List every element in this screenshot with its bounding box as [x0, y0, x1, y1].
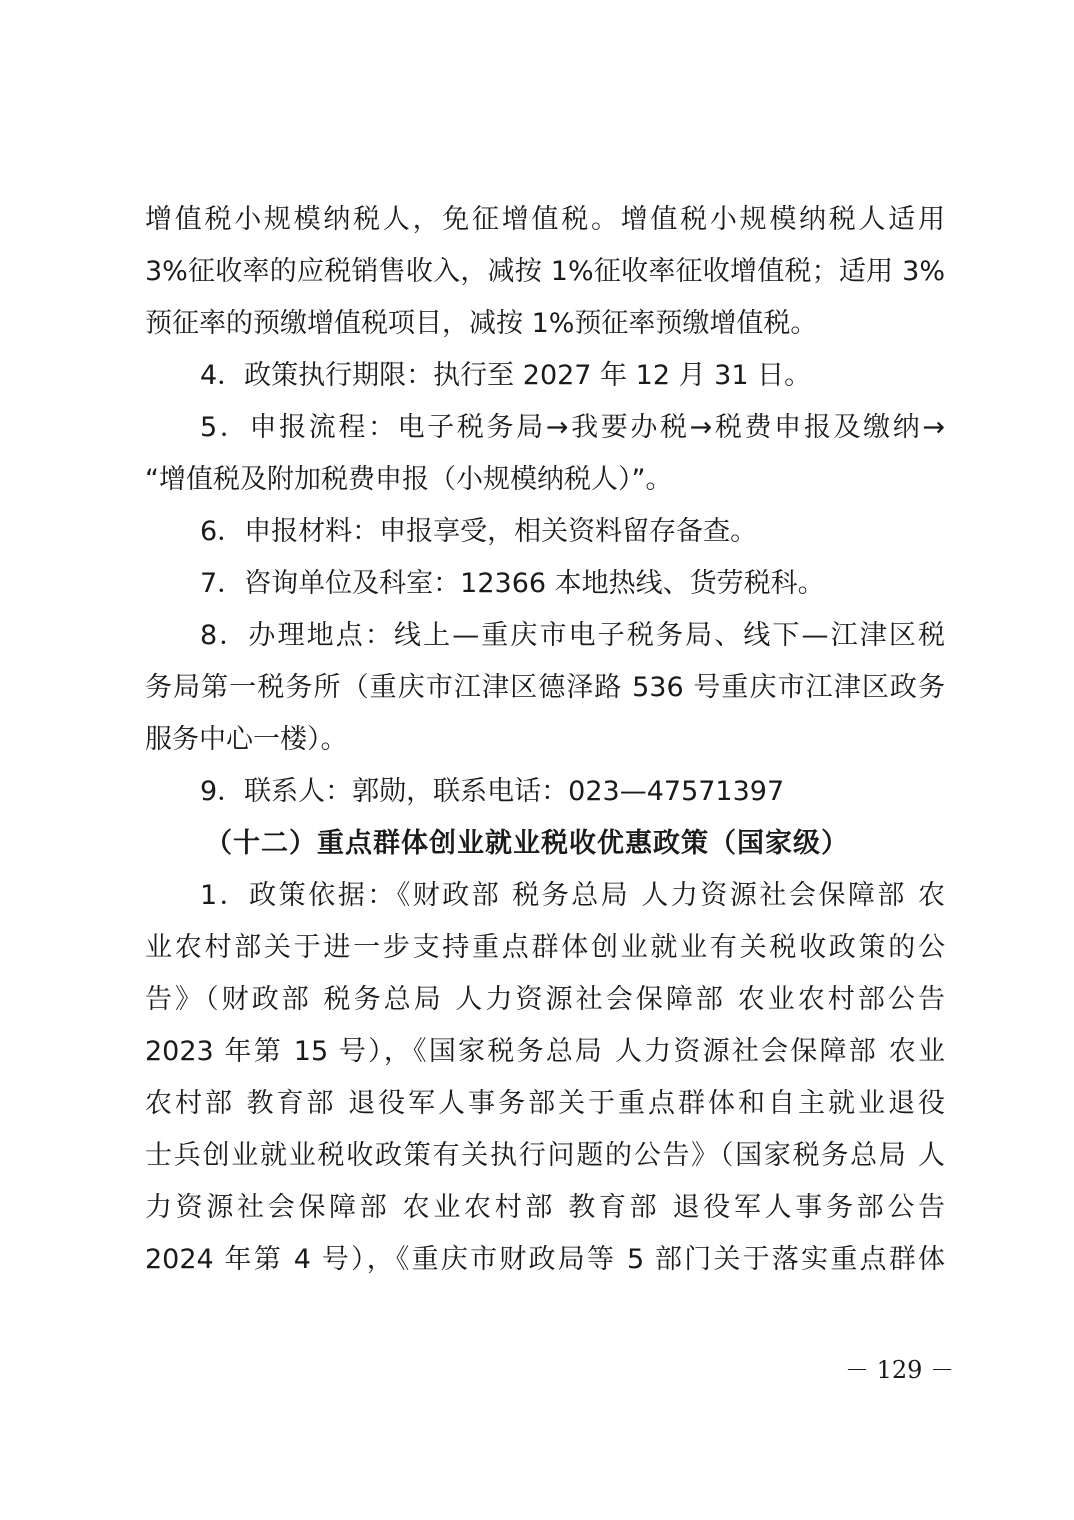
filing-process-item: 5．申报流程：电子税务局→我要办税→税费申报及缴纳→ [200, 410, 945, 446]
paragraph-line: 服务中心一楼）。 [145, 722, 945, 758]
paragraph-line: 3%征收率的应税销售收入，减按 1%征收率征收增值税；适用 3% [145, 254, 945, 290]
paragraph-line: 业农村部关于进一步支持重点群体创业就业有关税收政策的公 [145, 930, 945, 966]
consultation-item: 7．咨询单位及科室：12366 本地热线、货劳税科。 [200, 566, 945, 602]
paragraph-line: 力资源社会保障部 农业农村部 教育部 退役军人事务部公告 [145, 1190, 945, 1226]
paragraph-line: 增值税小规模纳税人，免征增值税。增值税小规模纳税人适用 [145, 202, 945, 238]
page-number: － 129 － [845, 1350, 954, 1385]
section-heading: （十二）重点群体创业就业税收优惠政策（国家级） [205, 826, 950, 862]
paragraph-line: 2023 年第 15 号），《国家税务总局 人力资源社会保障部 农业 [145, 1034, 945, 1070]
paragraph-line: 预征率的预缴增值税项目，减按 1%预征率预缴增值税。 [145, 306, 945, 342]
paragraph-line: 告》（财政部 税务总局 人力资源社会保障部 农业农村部公告 [145, 982, 945, 1018]
paragraph-line: 务局第一税务所（重庆市江津区德泽路 536 号重庆市江津区政务 [145, 670, 945, 706]
location-item: 8．办理地点：线上—重庆市电子税务局、线下—江津区税 [200, 618, 945, 654]
paragraph-line: 2024 年第 4 号），《重庆市财政局等 5 部门关于落实重点群体 [145, 1242, 945, 1278]
filing-materials-item: 6．申报材料：申报享受，相关资料留存备查。 [200, 514, 945, 550]
paragraph-line: 农村部 教育部 退役军人事务部关于重点群体和自主就业退役 [145, 1086, 945, 1122]
document-page: 增值税小规模纳税人，免征增值税。增值税小规模纳税人适用 3%征收率的应税销售收入… [0, 0, 1074, 1520]
paragraph-line: “增值税及附加税费申报（小规模纳税人）”。 [145, 462, 945, 498]
contact-item: 9．联系人：郭勋，联系电话：023—47571397 [200, 774, 945, 810]
policy-basis-item: 1．政策依据：《财政部 税务总局 人力资源社会保障部 农 [200, 878, 945, 914]
policy-period-item: 4．政策执行期限：执行至 2027 年 12 月 31 日。 [200, 358, 945, 394]
paragraph-line: 士兵创业就业税收政策有关执行问题的公告》（国家税务总局 人 [145, 1138, 945, 1174]
